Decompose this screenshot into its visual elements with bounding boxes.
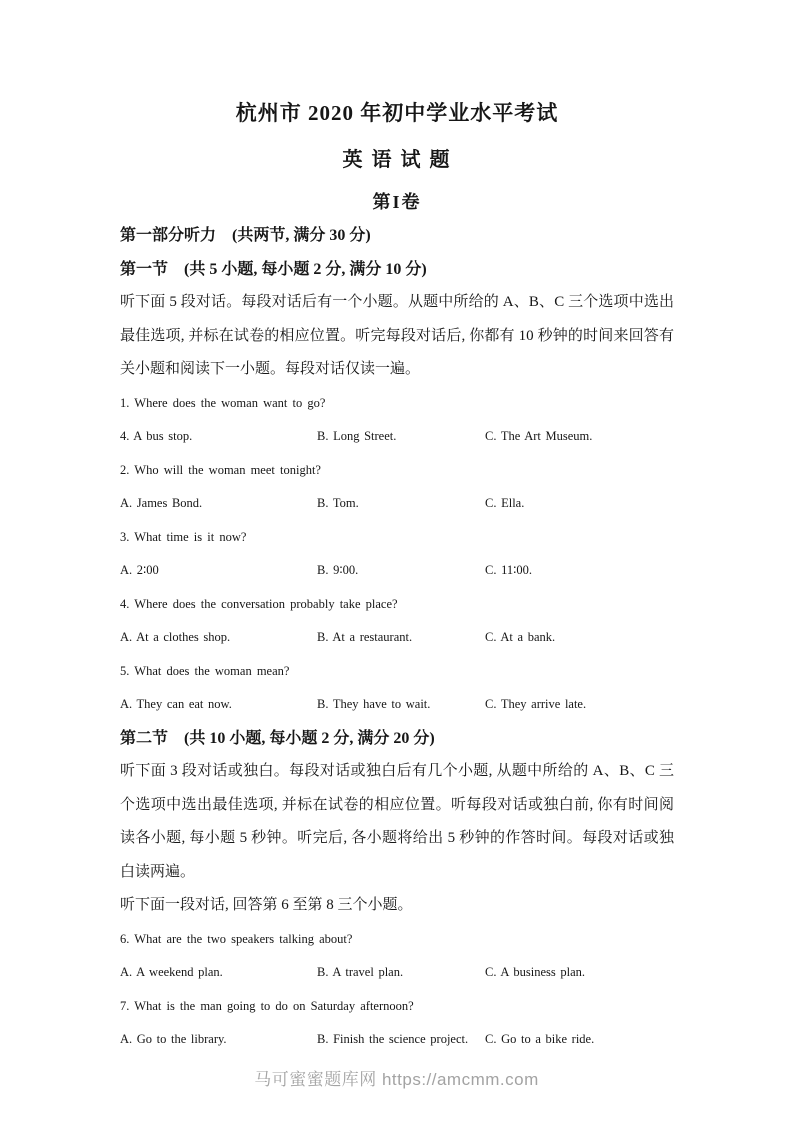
question-4-option-b: B. At a restaurant. bbox=[317, 621, 485, 655]
question-6-text: 6. What are the two speakers talking abo… bbox=[120, 923, 674, 957]
section1-heading: 第一节 (共 5 小题, 每小题 2 分, 满分 10 分) bbox=[120, 253, 674, 287]
question-6-option-c: C. A business plan. bbox=[485, 956, 674, 990]
question-2-option-a: A. James Bond. bbox=[120, 487, 317, 521]
question-3-option-b: B. 9∶00. bbox=[317, 554, 485, 588]
question-2-options: A. James Bond. B. Tom. C. Ella. bbox=[120, 487, 674, 521]
exam-page: 杭州市 2020 年初中学业水平考试 英 语 试 题 第I卷 第一部分听力 (共… bbox=[0, 0, 793, 1122]
page-subtitle: 英 语 试 题 bbox=[120, 148, 674, 173]
question-5-option-b: B. They have to wait. bbox=[317, 688, 485, 722]
question-6-option-a: A. A weekend plan. bbox=[120, 956, 317, 990]
page-title: 杭州市 2020 年初中学业水平考试 bbox=[120, 101, 674, 126]
question-2-option-c: C. Ella. bbox=[485, 487, 674, 521]
question-1-option-c: C. The Art Museum. bbox=[485, 420, 674, 454]
question-5-option-c: C. They arrive late. bbox=[485, 688, 674, 722]
watermark-footer: 马可蜜蜜题库网 https://amcmm.com bbox=[0, 1069, 793, 1091]
question-7-text: 7. What is the man going to do on Saturd… bbox=[120, 990, 674, 1024]
question-7-option-a: A. Go to the library. bbox=[120, 1023, 317, 1057]
question-4-option-a: A. At a clothes shop. bbox=[120, 621, 317, 655]
volume-heading: 第I卷 bbox=[120, 191, 674, 213]
question-1-option-a: 4. A bus stop. bbox=[120, 420, 317, 454]
question-6-option-b: B. A travel plan. bbox=[317, 956, 485, 990]
section2-heading: 第二节 (共 10 小题, 每小题 2 分, 满分 20 分) bbox=[120, 722, 674, 756]
question-4-options: A. At a clothes shop. B. At a restaurant… bbox=[120, 621, 674, 655]
watermark-text: 马可蜜蜜题库网 https://amcmm.com bbox=[254, 1070, 539, 1089]
question-3-options: A. 2∶00 B. 9∶00. C. 11∶00. bbox=[120, 554, 674, 588]
question-6-options: A. A weekend plan. B. A travel plan. C. … bbox=[120, 956, 674, 990]
question-2-option-b: B. Tom. bbox=[317, 487, 485, 521]
question-5-option-a: A. They can eat now. bbox=[120, 688, 317, 722]
part1-heading: 第一部分听力 (共两节, 满分 30 分) bbox=[120, 219, 674, 253]
question-7-option-b: B. Finish the science project. bbox=[317, 1023, 485, 1057]
question-3-option-a: A. 2∶00 bbox=[120, 554, 317, 588]
exam-content: 杭州市 2020 年初中学业水平考试 英 语 试 题 第I卷 第一部分听力 (共… bbox=[120, 0, 674, 1057]
question-5-options: A. They can eat now. B. They have to wai… bbox=[120, 688, 674, 722]
question-4-option-c: C. At a bank. bbox=[485, 621, 674, 655]
question-7-option-c: C. Go to a bike ride. bbox=[485, 1023, 674, 1057]
question-5-text: 5. What does the woman mean? bbox=[120, 655, 674, 689]
question-7-options: A. Go to the library. B. Finish the scie… bbox=[120, 1023, 674, 1057]
section1-instructions: 听下面 5 段对话。每段对话后有一个小题。从题中所给的 A、B、C 三个选项中选… bbox=[120, 286, 674, 387]
section2-instructions: 听下面 3 段对话或独白。每段对话或独白后有几个小题, 从题中所给的 A、B、C… bbox=[120, 755, 674, 889]
question-1-options: 4. A bus stop. B. Long Street. C. The Ar… bbox=[120, 420, 674, 454]
question-3-option-c: C. 11∶00. bbox=[485, 554, 674, 588]
section2-dialog-note: 听下面一段对话, 回答第 6 至第 8 三个小题。 bbox=[120, 889, 674, 923]
question-3-text: 3. What time is it now? bbox=[120, 521, 674, 555]
question-1-text: 1. Where does the woman want to go? bbox=[120, 387, 674, 421]
question-2-text: 2. Who will the woman meet tonight? bbox=[120, 454, 674, 488]
question-4-text: 4. Where does the conversation probably … bbox=[120, 588, 674, 622]
question-1-option-b: B. Long Street. bbox=[317, 420, 485, 454]
exam-body: 第一部分听力 (共两节, 满分 30 分) 第一节 (共 5 小题, 每小题 2… bbox=[120, 219, 674, 1057]
